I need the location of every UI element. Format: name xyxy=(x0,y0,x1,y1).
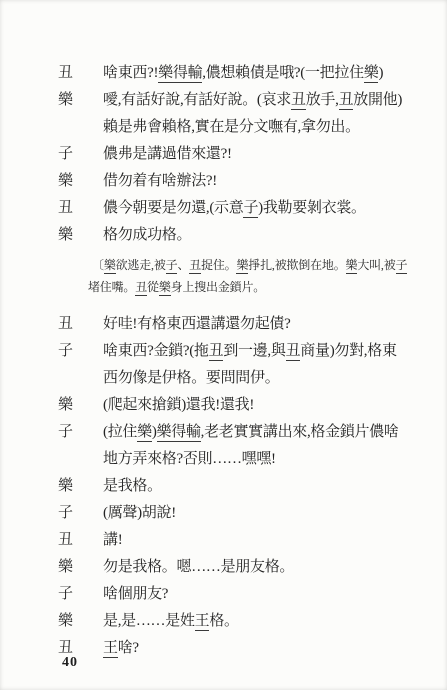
dialogue-text: (厲聲)胡說! xyxy=(103,501,176,522)
proper-noun-underline: 子 xyxy=(396,258,408,274)
proper-noun-underline: 丑 xyxy=(339,92,354,110)
script-line: 樂是我格。 xyxy=(58,471,433,498)
text-segment: 儂今朝要是勿還,(示意 xyxy=(103,200,243,216)
dialogue-text: 勿是我格。嗯……是朋友格。 xyxy=(103,555,294,576)
proper-noun-underline: 樂 xyxy=(364,65,379,83)
proper-noun-underline: 樂 xyxy=(346,258,358,274)
dialogue-text: 好哇!有格東西還講還勿起債? xyxy=(103,312,290,333)
dialogue-text: (爬起來搶鎖)還我!還我! xyxy=(103,393,254,414)
text-segment: 勿是我格。嗯……是朋友格。 xyxy=(103,559,294,575)
text-segment: ) xyxy=(378,65,383,81)
script-line: 子啥個朋友? xyxy=(58,579,433,606)
text-segment: 講! xyxy=(103,532,122,548)
text-segment: 大叫,被 xyxy=(357,258,395,272)
dialogue-text: 噯,有話好說,有話好說。(哀求丑放手,丑放開他) xyxy=(103,88,402,109)
speaker-label: 子 xyxy=(58,420,103,441)
stage-direction-text: 〔樂欲逃走,被子、丑捉住。樂掙扎,被揿倒在地。樂大叫,被子 xyxy=(92,256,407,273)
dialogue-text: 儂今朝要是勿還,(示意子)我勒要剝衣裳。 xyxy=(103,196,366,217)
speaker-label: 丑 xyxy=(58,312,103,333)
dialogue-text: 是我格。 xyxy=(103,474,162,495)
proper-noun-underline: 樂 xyxy=(236,258,248,274)
speaker-label: 子 xyxy=(58,501,103,522)
speaker-label: 丑 xyxy=(58,636,103,657)
text-segment: 掙扎,被揿倒在地。 xyxy=(248,258,345,272)
text-segment: 〔 xyxy=(92,258,104,272)
text-segment: 西勿像是伊格。要問問伊。 xyxy=(103,370,279,386)
dialogue-continuation-text: 地方弄來格?否則……嘿嘿! xyxy=(103,447,276,468)
text-segment: 啥東西?! xyxy=(103,65,158,81)
speaker-label: 樂 xyxy=(58,223,103,244)
text-segment: (厲聲)胡說! xyxy=(103,505,176,521)
dialogue-continuation-text: 賴是弗會賴格,實在是分文嘸有,拿勿出。 xyxy=(103,115,360,136)
script-line: 樂格勿成功格。 xyxy=(58,220,433,247)
text-segment: 地方弄來格?否則……嘿嘿! xyxy=(103,451,276,467)
proper-noun-underline: 丑 xyxy=(209,343,224,361)
speaker-label: 子 xyxy=(58,339,103,360)
script-line: 〔樂欲逃走,被子、丑捉住。樂掙扎,被揿倒在地。樂大叫,被子 xyxy=(58,253,433,275)
text-segment: (爬起來搶鎖)還我!還我! xyxy=(103,397,254,413)
proper-noun-underline: 丑 xyxy=(189,258,201,274)
dialogue-text: 啥個朋友? xyxy=(103,582,168,603)
text-segment: 噯,有話好說,有話好說。(哀求 xyxy=(103,92,291,108)
text-segment: 好哇!有格東西還講還勿起債? xyxy=(103,316,290,332)
script-line: 丑啥東西?!樂得輸,儂想賴債是哦?(一把拉住樂) xyxy=(58,58,433,85)
script-line: 賴是弗會賴格,實在是分文嘸有,拿勿出。 xyxy=(58,112,433,139)
book-page: 丑啥東西?!樂得輸,儂想賴債是哦?(一把拉住樂)樂噯,有話好說,有話好說。(哀求… xyxy=(0,0,447,690)
text-segment: 放開他) xyxy=(353,92,402,108)
text-segment: 賴是弗會賴格,實在是分文嘸有,拿勿出。 xyxy=(103,119,360,135)
text-segment: 是,是……是姓 xyxy=(103,613,195,629)
script-line: 樂是,是……是姓王格。 xyxy=(58,606,433,633)
speaker-label: 樂 xyxy=(58,393,103,414)
text-segment: 到一邊,與 xyxy=(223,343,285,359)
proper-noun-underline: 子 xyxy=(243,200,258,218)
dialogue-text: 啥東西?!樂得輸,儂想賴債是哦?(一把拉住樂) xyxy=(103,61,383,82)
proper-noun-underline: 樂 xyxy=(104,258,116,274)
script-line: 子啥東西?金鎖?(拖丑到一邊,與丑商量)勿對,格東 xyxy=(58,336,433,363)
speaker-label: 樂 xyxy=(58,609,103,630)
text-segment: 啥東西?金鎖?(拖 xyxy=(103,343,209,359)
dialogue-text: 啥東西?金鎖?(拖丑到一邊,與丑商量)勿對,格東 xyxy=(103,339,397,360)
script-line: 樂借勿着有啥辦法?! xyxy=(58,166,433,193)
text-segment: ,老老實實講出來,格金鎖片儂啥 xyxy=(201,424,399,440)
dialogue-text: (拉住樂)樂得輸,老老實實講出來,格金鎖片儂啥 xyxy=(103,420,399,441)
script-line: 丑好哇!有格東西還講還勿起債? xyxy=(58,309,433,336)
text-segment: 從 xyxy=(147,280,159,294)
text-segment: 放手, xyxy=(306,92,339,108)
script-line: 子(厲聲)胡說! xyxy=(58,498,433,525)
script-line: 子(拉住樂)樂得輸,老老實實講出來,格金鎖片儂啥 xyxy=(58,417,433,444)
script-line: 樂勿是我格。嗯……是朋友格。 xyxy=(58,552,433,579)
text-segment: ,儂想賴債是哦?(一把拉住 xyxy=(202,65,364,81)
page-number: 40 xyxy=(62,655,78,671)
script-line: 堵住嘴。丑從樂身上搜出金鎖片。 xyxy=(58,275,433,297)
text-segment: 啥? xyxy=(118,640,139,656)
script-line: 丑王啥? xyxy=(58,633,433,660)
script-line: 丑儂今朝要是勿還,(示意子)我勒要剝衣裳。 xyxy=(58,193,433,220)
proper-noun-underline: 樂 xyxy=(137,424,152,442)
text-segment: 啥個朋友? xyxy=(103,586,168,602)
proper-noun-underline: 樂 xyxy=(159,280,171,296)
dialogue-continuation-text: 西勿像是伊格。要問問伊。 xyxy=(103,366,279,387)
text-segment: 商量)勿對,格東 xyxy=(300,343,396,359)
script-line: 丑講! xyxy=(58,525,433,552)
text-segment: 、 xyxy=(177,258,189,272)
dialogue-text: 講! xyxy=(103,528,122,549)
dialogue-text: 儂弗是講過借來還?! xyxy=(103,142,232,163)
proper-noun-underline: 丑 xyxy=(291,92,306,110)
script-line: 樂(爬起來搶鎖)還我!還我! xyxy=(58,390,433,417)
speaker-label: 樂 xyxy=(58,555,103,576)
proper-noun-underline: 樂得輸 xyxy=(158,65,202,83)
speaker-label: 丑 xyxy=(58,196,103,217)
text-segment: 欲逃走,被 xyxy=(116,258,166,272)
script-text: 丑啥東西?!樂得輸,儂想賴債是哦?(一把拉住樂)樂噯,有話好說,有話好說。(哀求… xyxy=(58,58,433,660)
script-line: 樂噯,有話好說,有話好說。(哀求丑放手,丑放開他) xyxy=(58,85,433,112)
dialogue-text: 是,是……是姓王格。 xyxy=(103,609,239,630)
script-line: 地方弄來格?否則……嘿嘿! xyxy=(58,444,433,471)
text-segment: 儂弗是講過借來還?! xyxy=(103,146,232,162)
text-segment: 格。 xyxy=(209,613,238,629)
dialogue-text: 王啥? xyxy=(103,636,139,657)
text-segment: 格勿成功格。 xyxy=(103,227,191,243)
text-segment: ) xyxy=(152,424,157,440)
script-line: 子儂弗是講過借來還?! xyxy=(58,139,433,166)
text-segment: 堵住嘴。 xyxy=(88,280,135,294)
proper-noun-underline: 王 xyxy=(103,640,118,658)
script-line: 西勿像是伊格。要問問伊。 xyxy=(58,363,433,390)
text-segment: (拉住 xyxy=(103,424,137,440)
dialogue-text: 借勿着有啥辦法?! xyxy=(103,169,217,190)
speaker-label: 樂 xyxy=(58,88,103,109)
proper-noun-underline: 丑 xyxy=(286,343,301,361)
text-segment: 捉住。 xyxy=(201,258,236,272)
proper-noun-underline: 子 xyxy=(166,258,178,274)
proper-noun-underline: 樂得輸 xyxy=(157,424,201,442)
speaker-label: 樂 xyxy=(58,169,103,190)
proper-noun-underline: 王 xyxy=(195,613,210,631)
text-segment: 是我格。 xyxy=(103,478,162,494)
speaker-label: 子 xyxy=(58,142,103,163)
text-segment: 身上搜出金鎖片。 xyxy=(171,280,265,294)
speaker-label: 丑 xyxy=(58,528,103,549)
stage-direction-text: 堵住嘴。丑從樂身上搜出金鎖片。 xyxy=(88,278,265,295)
text-segment: )我勒要剝衣裳。 xyxy=(258,200,366,216)
speaker-label: 子 xyxy=(58,582,103,603)
speaker-label: 丑 xyxy=(58,61,103,82)
speaker-label: 樂 xyxy=(58,474,103,495)
proper-noun-underline: 丑 xyxy=(135,280,147,296)
text-segment: 借勿着有啥辦法?! xyxy=(103,173,217,189)
dialogue-text: 格勿成功格。 xyxy=(103,223,191,244)
